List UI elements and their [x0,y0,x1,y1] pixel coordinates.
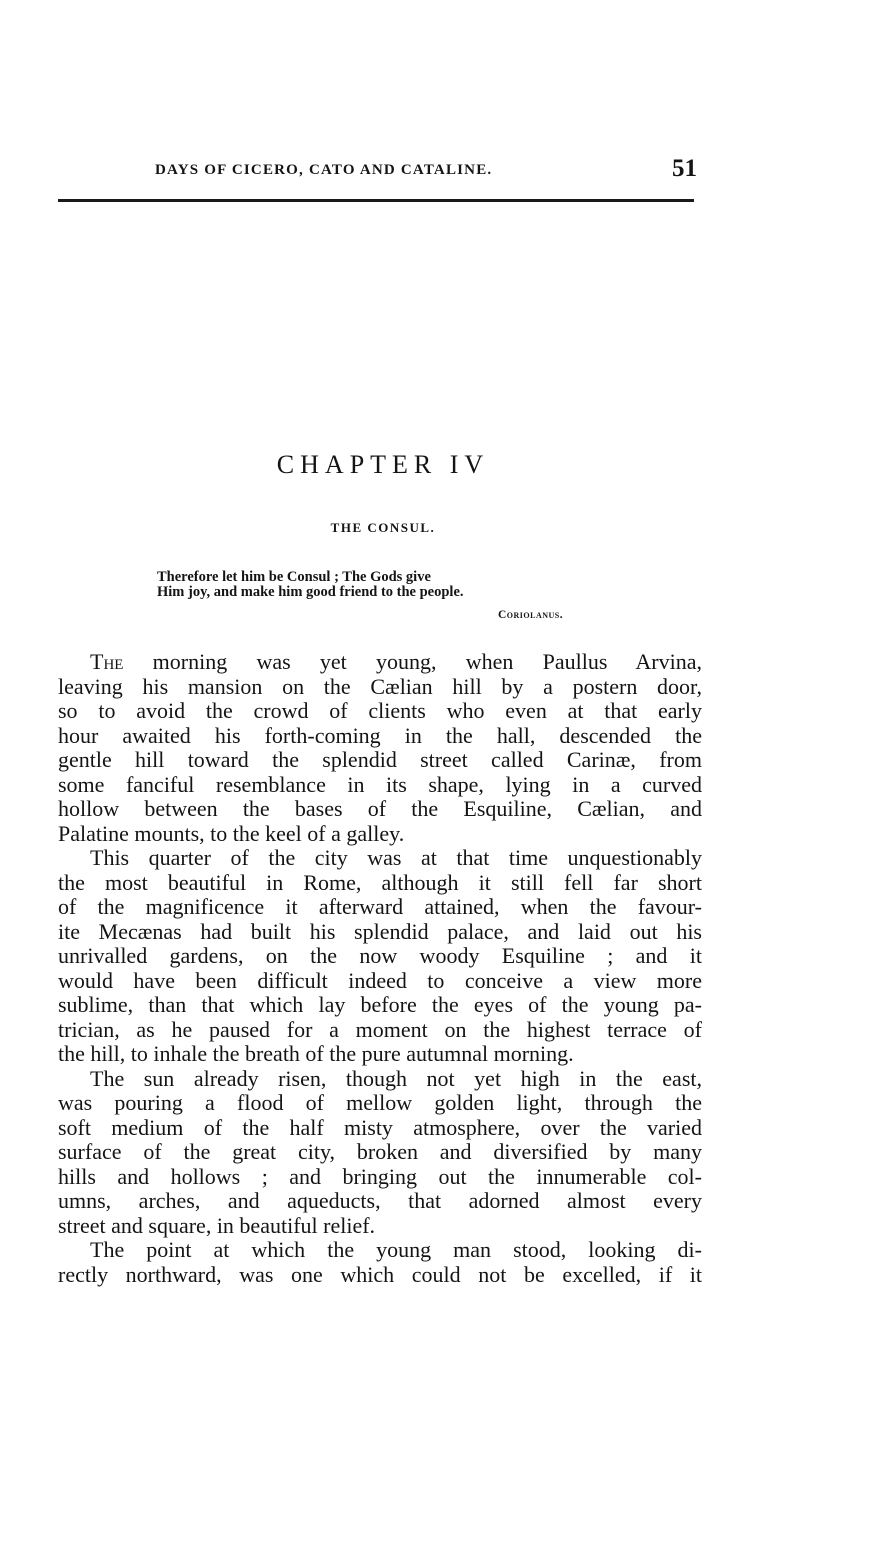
text-line: The point at which the young man stood, … [58,1238,702,1263]
text-line: Palatine mounts, to the keel of a galley… [58,822,702,847]
text-line: rectly northward, was one which could no… [58,1263,702,1288]
text-line: the hill, to inhale the breath of the pu… [58,1042,702,1067]
text-line: would have been difficult indeed to conc… [58,969,702,994]
page-number: 51 [672,155,697,183]
running-head: DAYS OF CICERO, CATO AND CATALINE. [155,162,492,179]
text-line: the most beautiful in Rome, although it … [58,871,702,896]
text-line: umns, arches, and aqueducts, that adorne… [58,1189,702,1214]
text-line: leaving his mansion on the Cælian hill b… [58,675,702,700]
text-line: ite Mecænas had built his splendid palac… [58,920,702,945]
text-line: of the magnificence it afterward attaine… [58,895,702,920]
lead-word: The [90,649,123,674]
text-line: surface of the great city, broken and di… [58,1140,702,1165]
text-line: hour awaited his forth-coming in the hal… [58,724,702,749]
epigraph-attribution: Coriolanus. [498,609,563,621]
text-line: This quarter of the city was at that tim… [58,846,702,871]
text-line: so to avoid the crowd of clients who eve… [58,699,702,724]
chapter-subtitle: THE CONSUL. [0,520,766,536]
body-text: The morning was yet young, when Paullus … [58,650,702,1287]
epigraph-line: Him joy, and make him good friend to the… [157,585,464,600]
text-line: hills and hollows ; and bringing out the… [58,1165,702,1190]
text-line: soft medium of the half misty atmosphere… [58,1116,702,1141]
text-line: hollow between the bases of the Esquilin… [58,797,702,822]
text-line: was pouring a flood of mellow golden lig… [58,1091,702,1116]
text-line: The sun already risen, though not yet hi… [58,1067,702,1092]
header-rule [58,199,694,202]
epigraph: Therefore let him be Consul ; The Gods g… [157,570,464,600]
epigraph-line: Therefore let him be Consul ; The Gods g… [157,570,464,585]
text-line: gentle hill toward the splendid street c… [58,748,702,773]
chapter-title: CHAPTER IV [0,450,766,480]
text-line: street and square, in beautiful relief. [58,1214,702,1239]
text-line: sublime, than that which lay before the … [58,993,702,1018]
text-line: some fanciful resemblance in its shape, … [58,773,702,798]
text-line: trician, as he paused for a moment on th… [58,1018,702,1043]
text-line: The morning was yet young, when Paullus … [58,650,702,675]
text-line: unrivalled gardens, on the now woody Esq… [58,944,702,969]
